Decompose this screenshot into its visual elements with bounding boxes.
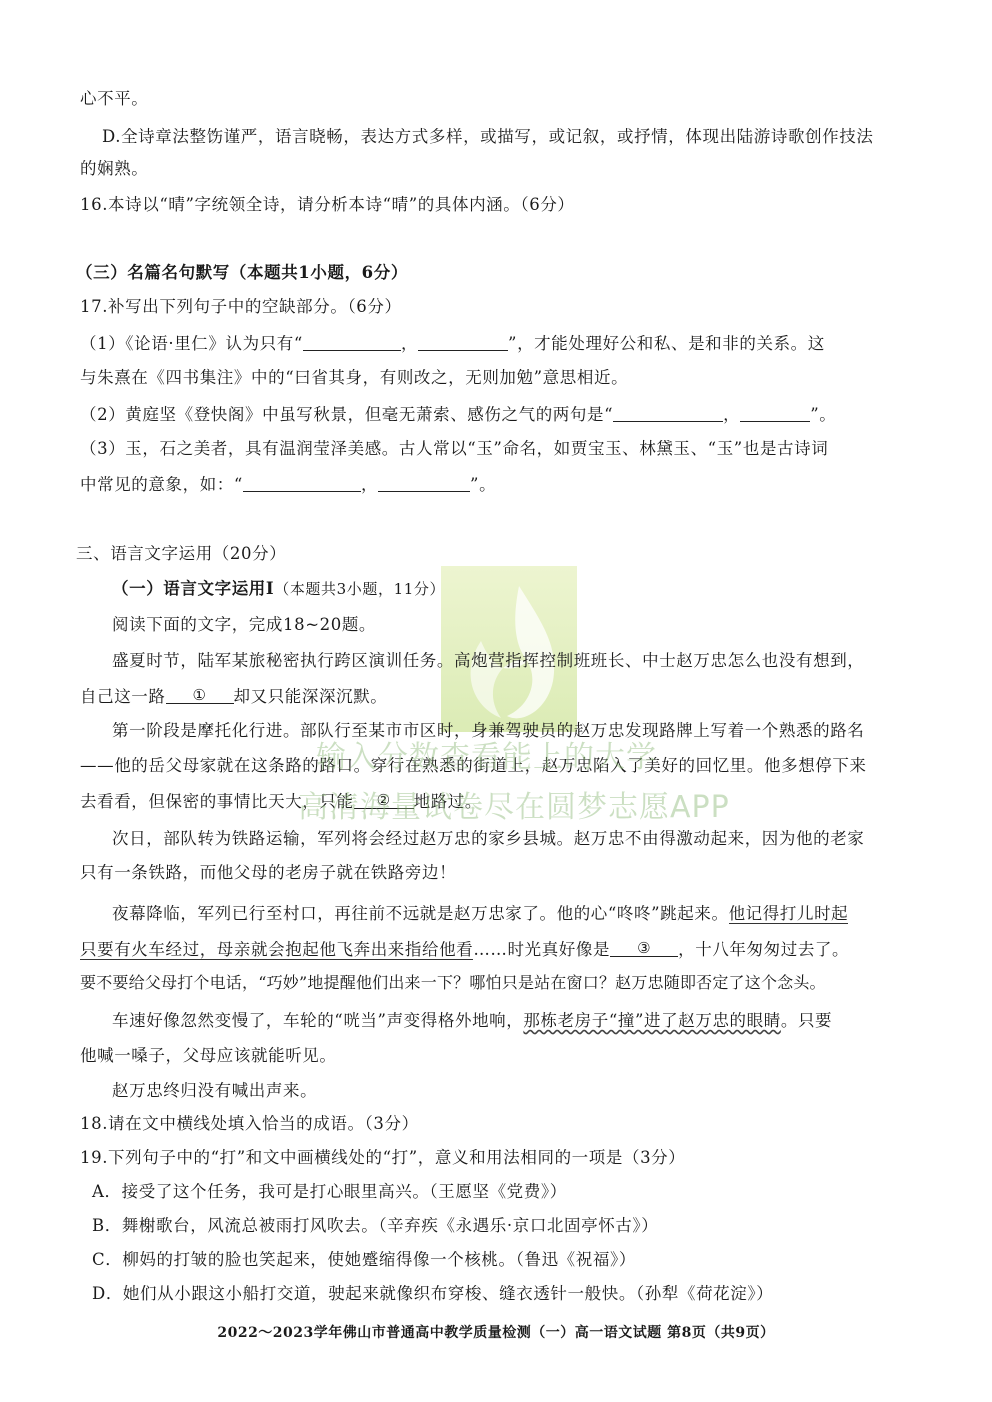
passage-p1: 盛夏时节，陆军某旅秘密执行跨区演训任务。高炮营指挥控制班班长、中士赵万忠怎么也没… xyxy=(112,650,864,672)
passage-p1-cont: 自己这一路①却又只能深深沉默。 xyxy=(80,685,387,708)
answer-blank-1a[interactable] xyxy=(303,334,401,351)
q19-option-a: A．接受了这个任务，我可是打心眼里高兴。（王愿坚《党费》） xyxy=(92,1181,567,1203)
q17-item-1-cont: 与朱熹在《四书集注》中的“曰省其身，有则改之，无则加勉”意思相近。 xyxy=(80,367,628,389)
sub-section-note: （本题共3小题，11分） xyxy=(274,580,445,598)
sub-section-title: （一）语言文字运用Ⅰ xyxy=(112,579,274,598)
passage-p4-cont: 只要有火车经过，母亲就会抱起他飞奔出来指给他看……时光真好像是③，十八年匆匆过去… xyxy=(80,938,849,961)
underlined-phrase: 只要有火车经过，母亲就会抱起他飞奔出来指给他看 xyxy=(80,940,473,960)
passage-text: 车速好像忽然变慢了，车轮的“咣当”声变得格外地响， xyxy=(112,1011,523,1030)
section-heading-language: 三、语言文字运用（20分） xyxy=(76,543,286,565)
q19-option-c: C．柳妈的打皱的脸也笑起来，使她蹙缩得像一个核桃。（鲁迅《祝福》） xyxy=(92,1249,636,1271)
passage-p5: 车速好像忽然变慢了，车轮的“咣当”声变得格外地响，那栋老房子“撞”进了赵万忠的眼… xyxy=(112,1010,832,1032)
q17-item-2-sep: ， xyxy=(723,405,740,424)
passage-text: ，十八年匆匆过去了。 xyxy=(678,940,849,959)
answer-blank-2b[interactable] xyxy=(740,405,810,422)
q17-item-3: （3）玉，石之美者，具有温润莹泽美感。古人常以“玉”命名，如贾宝玉、林黛玉、“玉… xyxy=(80,438,828,460)
section-heading-recitation: （三）名篇名句默写（本题共1小题，6分） xyxy=(76,262,408,284)
q17-item-1-text-a: （1）《论语·里仁》认为只有“ xyxy=(80,334,303,353)
q19-option-d: D．她们从小跟这小船打交道，驶起来就像织布穿梭、缝衣透针一般快。（孙犁《荷花淀》… xyxy=(92,1283,773,1305)
question-19: 19.下列句子中的“打”和文中画横线处的“打”，意义和用法相同的一项是（3分） xyxy=(80,1147,685,1169)
passage-text: ……时光真好像是 xyxy=(473,940,610,959)
watermark-text-line1: 输入分数查看能上的大学 xyxy=(316,732,657,776)
passage-text: 自己这一路 xyxy=(80,687,166,706)
reading-instruction: 阅读下面的文字，完成18~20题。 xyxy=(112,614,376,636)
answer-blank-idiom-3[interactable]: ③ xyxy=(610,940,678,957)
blank-number: ③ xyxy=(610,937,678,959)
q17-item-3-sep: ， xyxy=(361,475,378,494)
answer-blank-3a[interactable] xyxy=(243,475,361,492)
q17-item-2-text-b: ”。 xyxy=(810,405,836,424)
q17-item-3-text-b: ”。 xyxy=(470,475,496,494)
answer-blank-1b[interactable] xyxy=(418,334,508,351)
underlined-phrase: 他记得打儿时起 xyxy=(729,904,849,924)
q17-item-3-text-a: 中常见的意象，如：“ xyxy=(80,475,243,494)
passage-text: 夜幕降临，军列已行至村口，再往前不远就是赵万忠家了。他的心“咚咚”跳起来。 xyxy=(112,904,729,923)
q19-option-b: B．舞榭歌台，风流总被雨打风吹去。（辛弃疾《永遇乐·京口北固亭怀古》） xyxy=(92,1215,658,1237)
question-16: 16.本诗以“晴”字统领全诗，请分析本诗“晴”的具体内涵。（6分） xyxy=(80,194,575,216)
blank-number: ① xyxy=(166,684,234,706)
wavy-underlined-phrase: 那栋老房子“撞”进了赵万忠的眼睛 xyxy=(523,1011,780,1030)
answer-blank-3b[interactable] xyxy=(378,475,470,492)
q17-item-2: （2）黄庭坚《登快阁》中虽写秋景，但毫无萧索、感伤之气的两句是“，”。 xyxy=(80,403,836,426)
passage-text: 却又只能深深沉默。 xyxy=(234,687,388,706)
q17-item-1: （1）《论语·里仁》认为只有“，”，才能处理好公和私、是和非的关系。这 xyxy=(80,332,825,355)
q17-item-1-sep: ， xyxy=(401,334,418,353)
question-18: 18.请在文中横线处填入恰当的成语。（3分） xyxy=(80,1113,419,1135)
page-footer: 2022～2023学年佛山市普通高中教学质量检测（一）高一语文试题 第8页（共9… xyxy=(0,1322,992,1342)
passage-p3-cont: 只有一条铁路，而他父母的老房子就在铁路旁边！ xyxy=(80,862,456,884)
passage-p6: 赵万忠终归没有喊出声来。 xyxy=(112,1080,317,1102)
passage-p4: 夜幕降临，军列已行至村口，再往前不远就是赵万忠家了。他的心“咚咚”跳起来。他记得… xyxy=(112,903,848,925)
watermark-text-line2: 高清海量试卷尽在圆梦志愿APP xyxy=(298,782,730,826)
q15-option-d: D.全诗章法整饬谨严，语言晓畅，表达方式多样，或描写，或记叙，或抒情，体现出陆游… xyxy=(102,126,874,148)
passage-p5-cont: 他喊一嗓子，父母应该就能听见。 xyxy=(80,1045,337,1067)
question-17: 17.补写出下列句子中的空缺部分。（6分） xyxy=(80,296,402,318)
answer-blank-2a[interactable] xyxy=(613,405,723,422)
sub-section-heading: （一）语言文字运用Ⅰ（本题共3小题，11分） xyxy=(112,578,445,600)
answer-blank-idiom-1[interactable]: ① xyxy=(166,687,234,704)
q17-item-3-cont: 中常见的意象，如：“，”。 xyxy=(80,473,496,496)
passage-p4-cont2: 要不要给父母打个电话，“巧妙”地提醒他们出来一下？哪怕只是站在窗口？赵万忠随即否… xyxy=(80,972,826,994)
q17-item-1-text-b: ”，才能处理好公和私、是和非的关系。这 xyxy=(508,334,825,353)
q15-tail-text: 心不平。 xyxy=(80,88,148,110)
passage-text: 。只要 xyxy=(781,1011,832,1030)
q15-option-d-cont: 的娴熟。 xyxy=(80,158,148,180)
q17-item-2-text-a: （2）黄庭坚《登快阁》中虽写秋景，但毫无萧索、感伤之气的两句是“ xyxy=(80,405,613,424)
flame-leaf-logo-icon xyxy=(441,566,577,732)
passage-p3: 次日，部队转为铁路运输，军列将会经过赵万忠的家乡县城。赵万忠不由得激动起来，因为… xyxy=(112,828,864,850)
